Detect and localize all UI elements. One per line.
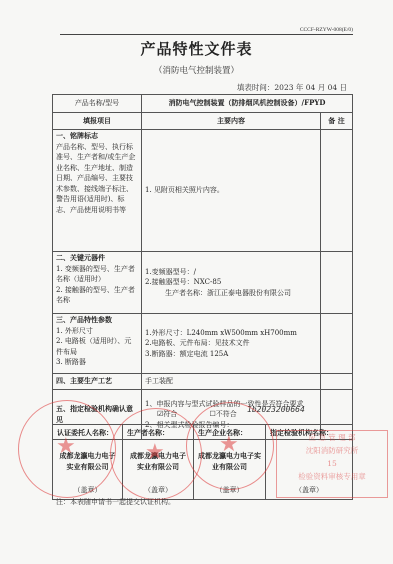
header-item: 填报项目 [53, 113, 142, 130]
content-line: 2.电路板、元件布局：见技术文件 [145, 338, 317, 349]
section-row-key-components: 二、关键元器件 1. 变频器的型号、生产者名称（适用时） 2. 接触器的型号、生… [53, 252, 353, 314]
option-conform-checkbox[interactable]: ☑符合 [157, 410, 177, 418]
section-desc-line: 2. 电路板（适用时）、元件布局 [56, 336, 138, 357]
product-label: 产品名称/型号 [53, 95, 142, 113]
document-code: CCCF-RZYW-008(E/0) [60, 27, 353, 35]
seal-label: （盖章） [123, 485, 193, 496]
signature-label: 指定检验机构名称： [270, 427, 348, 438]
report-number-handwritten: 1b2023200664 [247, 405, 305, 414]
section-title: 二、关键元器件 [56, 253, 138, 264]
seal-star-icon: ★ [56, 436, 76, 458]
section-parameters-content: 1.外形尺寸：L240mm xW500mm xH700mm 2.电路板、元件布局… [142, 314, 321, 374]
section-components-content: 1.变频器型号：/ 2.接触器型号：NXC-85 生产者名称：浙江正泰电器股份有… [142, 252, 321, 314]
remark-cell [320, 252, 352, 314]
option-nonconform-checkbox[interactable]: ☐不符合 [210, 410, 237, 418]
section-row-nameplate: 一、铭牌标志 产品名称、型号、执行标准号、生产者和/或生产企业名称、生产地址、制… [53, 130, 353, 252]
content-line: 生产者名称：浙江正泰电器股份有限公司 [145, 288, 317, 299]
fill-date: 填表时间：2023 年 04 月 04 日 [237, 82, 347, 93]
header-row: 填报项目 主要内容 备 注 [53, 113, 353, 130]
section-components-item: 二、关键元器件 1. 变频器的型号、生产者名称（适用时） 2. 接触器的型号、生… [53, 252, 142, 314]
section-desc-line: 3. 断路器 [56, 357, 138, 368]
content-line: 1. 见附页相关照片内容。 [145, 185, 317, 196]
seal-star-icon: ★ [145, 442, 165, 464]
section-desc-line: 1. 外形尺寸 [56, 326, 138, 337]
signature-table: 认证委托人名称： 成都龙瀛电力电子实业有限公司 （盖章） 生产者名称： 成都龙瀛… [52, 424, 353, 500]
product-characteristics-table: 产品名称/型号 消防电气控制装置（防排烟风机控制设备）/FPYD 填报项目 主要… [52, 94, 353, 440]
section-nameplate-item: 一、铭牌标志 产品名称、型号、执行标准号、生产者和/或生产企业名称、生产地址、制… [53, 130, 142, 252]
remark-cell [320, 314, 352, 374]
section-title: 三、产品特性参数 [56, 315, 138, 326]
content-line: 2.接触器型号：NXC-85 [145, 277, 317, 288]
footnote: 注：本表随申请书一起提交认证机构。 [56, 497, 175, 507]
signature-label: 生产者名称： [127, 427, 189, 438]
section-title: 四、主要生产工艺 [53, 374, 142, 390]
page-subtitle: （消防电气控制装置） [0, 64, 393, 76]
seal-label: （盖章） [194, 485, 265, 496]
header-remark: 备 注 [320, 113, 352, 130]
content-line: 3.断路器：额定电流 125A [145, 349, 317, 360]
remark-cell [320, 130, 352, 252]
section-desc: 产品名称、型号、执行标准号、生产者和/或生产企业名称、生产地址、制造日期、产品编… [56, 142, 138, 216]
content-line: 手工装配 [142, 374, 321, 390]
page-title: 产品特性文件表 [0, 38, 393, 59]
seal-star-icon: ★ [219, 434, 239, 456]
seal-label: （盖章） [266, 485, 352, 496]
section-row-parameters: 三、产品特性参数 1. 外形尺寸 2. 电路板（适用时）、元件布局 3. 断路器… [53, 314, 353, 374]
content-line: 1.变频器型号：/ [145, 267, 317, 278]
section-desc-line: 2. 接触器的型号、生产者名称 [56, 285, 138, 306]
product-row: 产品名称/型号 消防电气控制装置（防排烟风机控制设备）/FPYD [53, 95, 353, 113]
signature-cell-inspection-body: 指定检验机构名称： （盖章） [266, 425, 353, 500]
section-nameplate-content: 1. 见附页相关照片内容。 [142, 130, 321, 252]
remark-cell [320, 374, 352, 390]
header-content: 主要内容 [142, 113, 321, 130]
section-desc-line: 1. 变频器的型号、生产者名称（适用时） [56, 264, 138, 285]
product-value: 消防电气控制装置（防排烟风机控制设备）/FPYD [142, 95, 353, 113]
section-row-process: 四、主要生产工艺 手工装配 [53, 374, 353, 390]
section-parameters-item: 三、产品特性参数 1. 外形尺寸 2. 电路板（适用时）、元件布局 3. 断路器 [53, 314, 142, 374]
content-line: 1.外形尺寸：L240mm xW500mm xH700mm [145, 328, 317, 339]
signature-row: 认证委托人名称： 成都龙瀛电力电子实业有限公司 （盖章） 生产者名称： 成都龙瀛… [53, 425, 353, 500]
section-title: 一、铭牌标志 [56, 131, 138, 142]
seal-label: （盖章） [53, 485, 122, 496]
